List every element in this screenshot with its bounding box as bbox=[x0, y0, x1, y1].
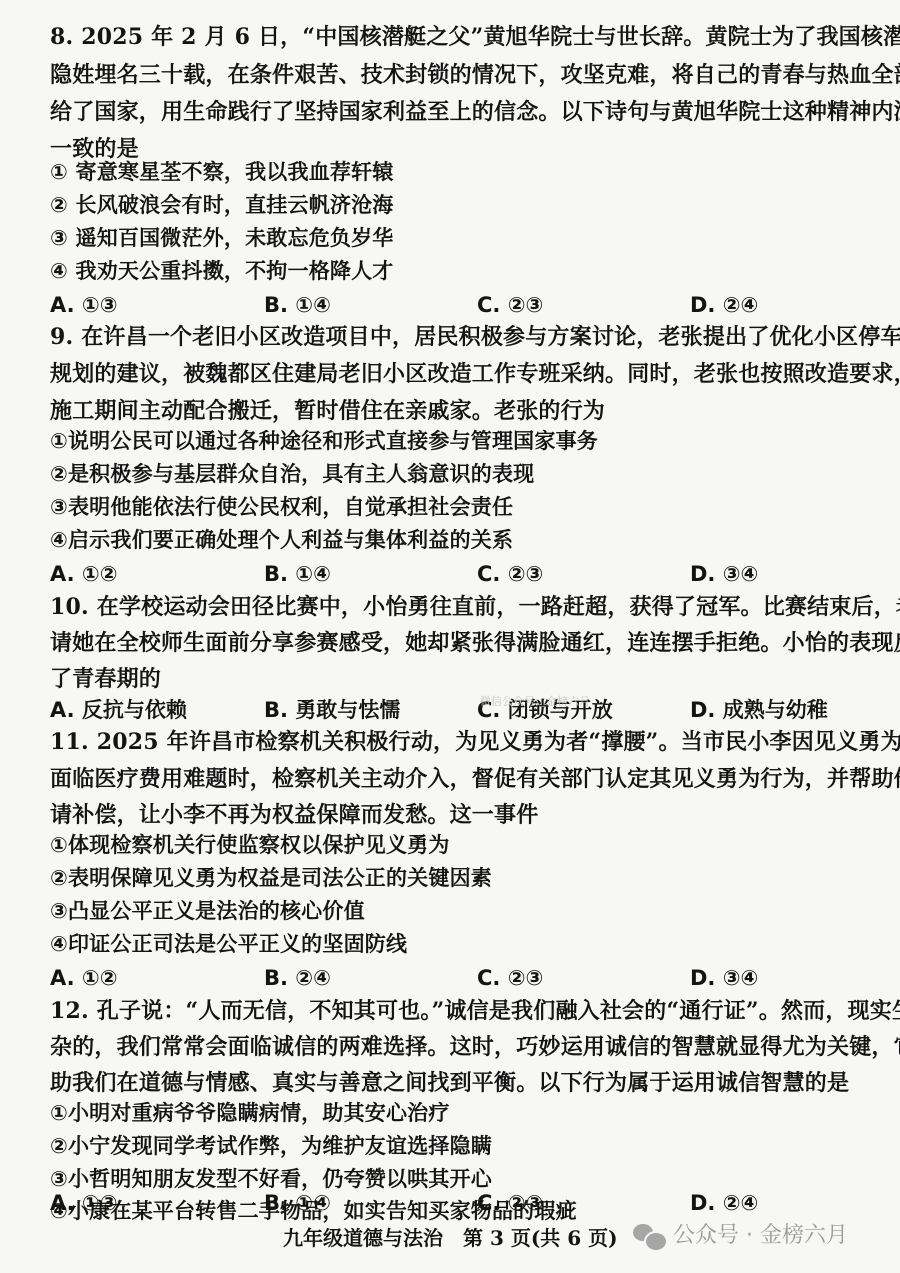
page-footer: 九年级道德与法治 第 3 页(共 6 页) bbox=[283, 1223, 618, 1253]
answer-choices: A. ①② B. ①④ C. ②③ D. ③④ bbox=[50, 559, 870, 589]
question-stem-line: 请补偿，让小李不再为权益保障而发愁。这一事件 bbox=[50, 800, 538, 830]
statement-item: ④ 我劝天公重抖擞，不拘一格降人才 bbox=[50, 256, 394, 286]
choice-b: B. ①④ bbox=[264, 559, 331, 589]
choice-a: A. 反抗与依赖 bbox=[50, 695, 187, 725]
choice-c: C. ②③ bbox=[477, 290, 543, 320]
question-stem-line: 8. 2025 年 2 月 6 日，“中国核潜艇之父”黄旭华院士与世长辞。黄院士… bbox=[50, 22, 900, 52]
statement-item: ① 寄意寒星荃不察，我以我血荐轩辕 bbox=[50, 157, 394, 187]
answer-choices: A. ①③ B. ①④ C. ②③ D. ②④ bbox=[50, 290, 870, 320]
choice-b: B. ②④ bbox=[264, 963, 331, 993]
statement-item: ② 长风破浪会有时，直挂云帆济沧海 bbox=[50, 190, 394, 220]
watermark-text: 公众号 · 金榜六月 bbox=[673, 1219, 848, 1253]
statement-item: ④启示我们要正确处理个人利益与集体利益的关系 bbox=[50, 525, 513, 555]
statement-item: ①说明公民可以通过各种途径和形式直接参与管理国家事务 bbox=[50, 426, 598, 456]
statement-item: ①小明对重病爷爷隐瞒病情，助其安心治疗 bbox=[50, 1098, 450, 1128]
question-stem-line: 12. 孔子说：“人而无信，不知其可也。”诚信是我们融入社会的“通行证”。然而，… bbox=[50, 996, 900, 1026]
statement-item: ④印证公正司法是公平正义的坚固防线 bbox=[50, 929, 407, 959]
choice-d: D. ③④ bbox=[690, 963, 758, 993]
choice-d: D. 成熟与幼稚 bbox=[690, 695, 828, 725]
statement-item: ③凸显公平正义是法治的核心价值 bbox=[50, 896, 365, 926]
choice-d: D. ②④ bbox=[690, 290, 758, 320]
statement-item: ②表明保障见义勇为权益是司法公正的关键因素 bbox=[50, 863, 492, 893]
choice-a: A. ①② bbox=[50, 963, 118, 993]
question-stem-line: 杂的，我们常常会面临诚信的两难选择。这时，巧妙运用诚信的智慧就显得尤为关键，它能… bbox=[50, 1032, 900, 1062]
question-stem-line: 11. 2025 年许昌市检察机关积极行动，为见义勇为者“撑腰”。当市民小李因见… bbox=[50, 727, 900, 757]
choice-b: B. 勇敢与怯懦 bbox=[264, 695, 400, 725]
answer-choices: A. ①③ B. ①④ C. ②③ D. ②④ bbox=[50, 1188, 870, 1218]
question-stem-line: 了青春期的 bbox=[50, 664, 161, 694]
choice-b: B. ①④ bbox=[264, 290, 331, 320]
exam-page: 8. 2025 年 2 月 6 日，“中国核潜艇之父”黄旭华院士与世长辞。黄院士… bbox=[0, 0, 900, 1273]
question-stem-line: 请她在全校师生面前分享参赛感受，她却紧张得满脸通红，连连摆手拒绝。小怡的表现反映 bbox=[50, 628, 900, 658]
question-stem-line: 规划的建议，被魏都区住建局老旧小区改造工作专班采纳。同时，老张也按照改造要求，在 bbox=[50, 359, 900, 389]
choice-d: D. ②④ bbox=[690, 1188, 758, 1218]
choice-c: C. ②③ bbox=[477, 559, 543, 589]
question-stem-line: 施工期间主动配合搬迁，暂时借住在亲戚家。老张的行为 bbox=[50, 396, 605, 426]
choice-d: D. ③④ bbox=[690, 559, 758, 589]
question-stem-line: 面临医疗费用难题时，检察机关主动介入，督促有关部门认定其见义勇为行为，并帮助他申 bbox=[50, 764, 900, 794]
wechat-icon bbox=[633, 1222, 667, 1250]
statement-item: ①体现检察机关行使监察权以保护见义勇为 bbox=[50, 830, 450, 860]
choice-c: C. ②③ bbox=[477, 1188, 543, 1218]
question-stem-line: 助我们在道德与情感、真实与善意之间找到平衡。以下行为属于运用诚信智慧的是 bbox=[50, 1068, 849, 1098]
watermark-middle: 微信公众号：金榜六月 bbox=[480, 693, 590, 709]
choice-b: B. ①④ bbox=[264, 1188, 331, 1218]
question-stem-line: 9. 在许昌一个老旧小区改造项目中，居民积极参与方案讨论，老张提出了优化小区停车… bbox=[50, 322, 900, 352]
statement-item: ③表明他能依法行使公民权利，自觉承担社会责任 bbox=[50, 492, 513, 522]
statement-item: ②小宁发现同学考试作弊，为维护友谊选择隐瞒 bbox=[50, 1131, 492, 1161]
question-stem-line: 10. 在学校运动会田径比赛中，小怡勇往直前，一路赶超，获得了冠军。比赛结束后，… bbox=[50, 592, 900, 622]
watermark-bottom: 公众号 · 金榜六月 bbox=[633, 1219, 848, 1253]
question-stem-line: 隐姓埋名三十载，在条件艰苦、技术封锁的情况下，攻坚克难，将自己的青春与热血全部奉… bbox=[50, 60, 900, 90]
choice-a: A. ①③ bbox=[50, 1188, 118, 1218]
answer-choices: A. ①② B. ②④ C. ②③ D. ③④ bbox=[50, 963, 870, 993]
statement-item: ③ 遥知百国微茫外，未敢忘危负岁华 bbox=[50, 223, 394, 253]
answer-choices: A. 反抗与依赖 B. 勇敢与怯懦 C. 闭锁与开放 D. 成熟与幼稚 bbox=[50, 695, 870, 725]
statement-item: ②是积极参与基层群众自治，具有主人翁意识的表现 bbox=[50, 459, 534, 489]
choice-c: C. ②③ bbox=[477, 963, 543, 993]
choice-a: A. ①② bbox=[50, 559, 118, 589]
question-stem-line: 给了国家，用生命践行了坚持国家利益至上的信念。以下诗句与黄旭华院士这种精神内涵 bbox=[50, 97, 900, 127]
choice-a: A. ①③ bbox=[50, 290, 118, 320]
